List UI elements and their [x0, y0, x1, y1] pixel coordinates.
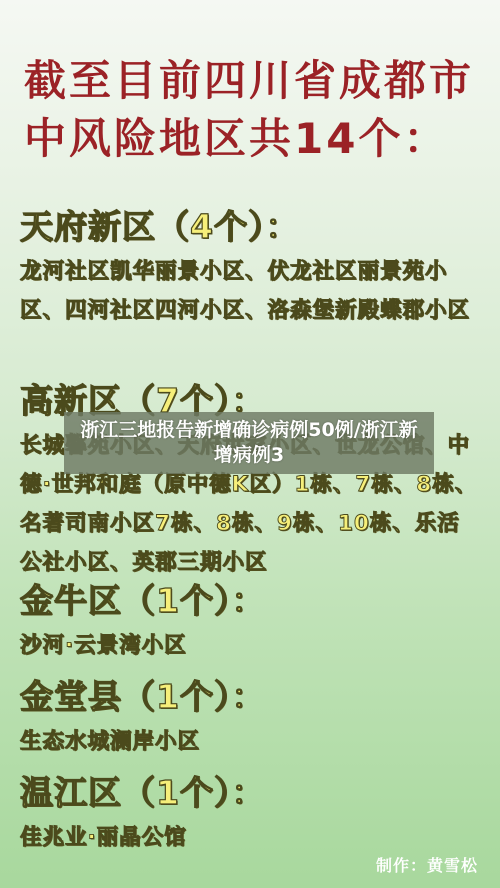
district-section-wenjiang: 温江区（1个）： 佳兆业·丽晶公馆	[20, 772, 482, 857]
district-areas: 沙河·云景湾小区	[20, 626, 482, 665]
district-section-jintang: 金堂县（1个）： 生态水城澜岸小区	[20, 676, 482, 761]
district-section-gaoxin: 高新区（7个）： 长城馨苑小区、天府世家小区、世龙公馆、中德·世邦和庭（原中德K…	[20, 380, 482, 582]
district-heading: 金牛区（1个）：	[20, 580, 482, 622]
district-section-tianfu: 天府新区（4个）： 龙河社区凯华丽景小区、伏龙社区丽景苑小区、四河社区四河小区、…	[20, 206, 482, 330]
district-section-jinniu: 金牛区（1个）： 沙河·云景湾小区	[20, 580, 482, 665]
caption-overlay[interactable]: 浙江三地报告新增确诊病例50例/浙江新增病例3	[64, 412, 434, 474]
credit-label: 制作：黄雪松	[376, 853, 478, 876]
district-heading: 金堂县（1个）：	[20, 676, 482, 718]
district-heading: 天府新区（4个）：	[20, 206, 482, 248]
district-areas: 龙河社区凯华丽景小区、伏龙社区丽景苑小区、四河社区四河小区、洛森堡新殿蝶郡小区	[20, 252, 482, 330]
district-areas: 佳兆业·丽晶公馆	[20, 818, 482, 857]
caption-text: 浙江三地报告新增确诊病例50例/浙江新增病例3	[64, 418, 434, 468]
district-heading: 温江区（1个）：	[20, 772, 482, 814]
page-title: 截至目前四川省成都市中风险地区共14个：	[24, 52, 484, 168]
district-areas: 生态水城澜岸小区	[20, 722, 482, 761]
